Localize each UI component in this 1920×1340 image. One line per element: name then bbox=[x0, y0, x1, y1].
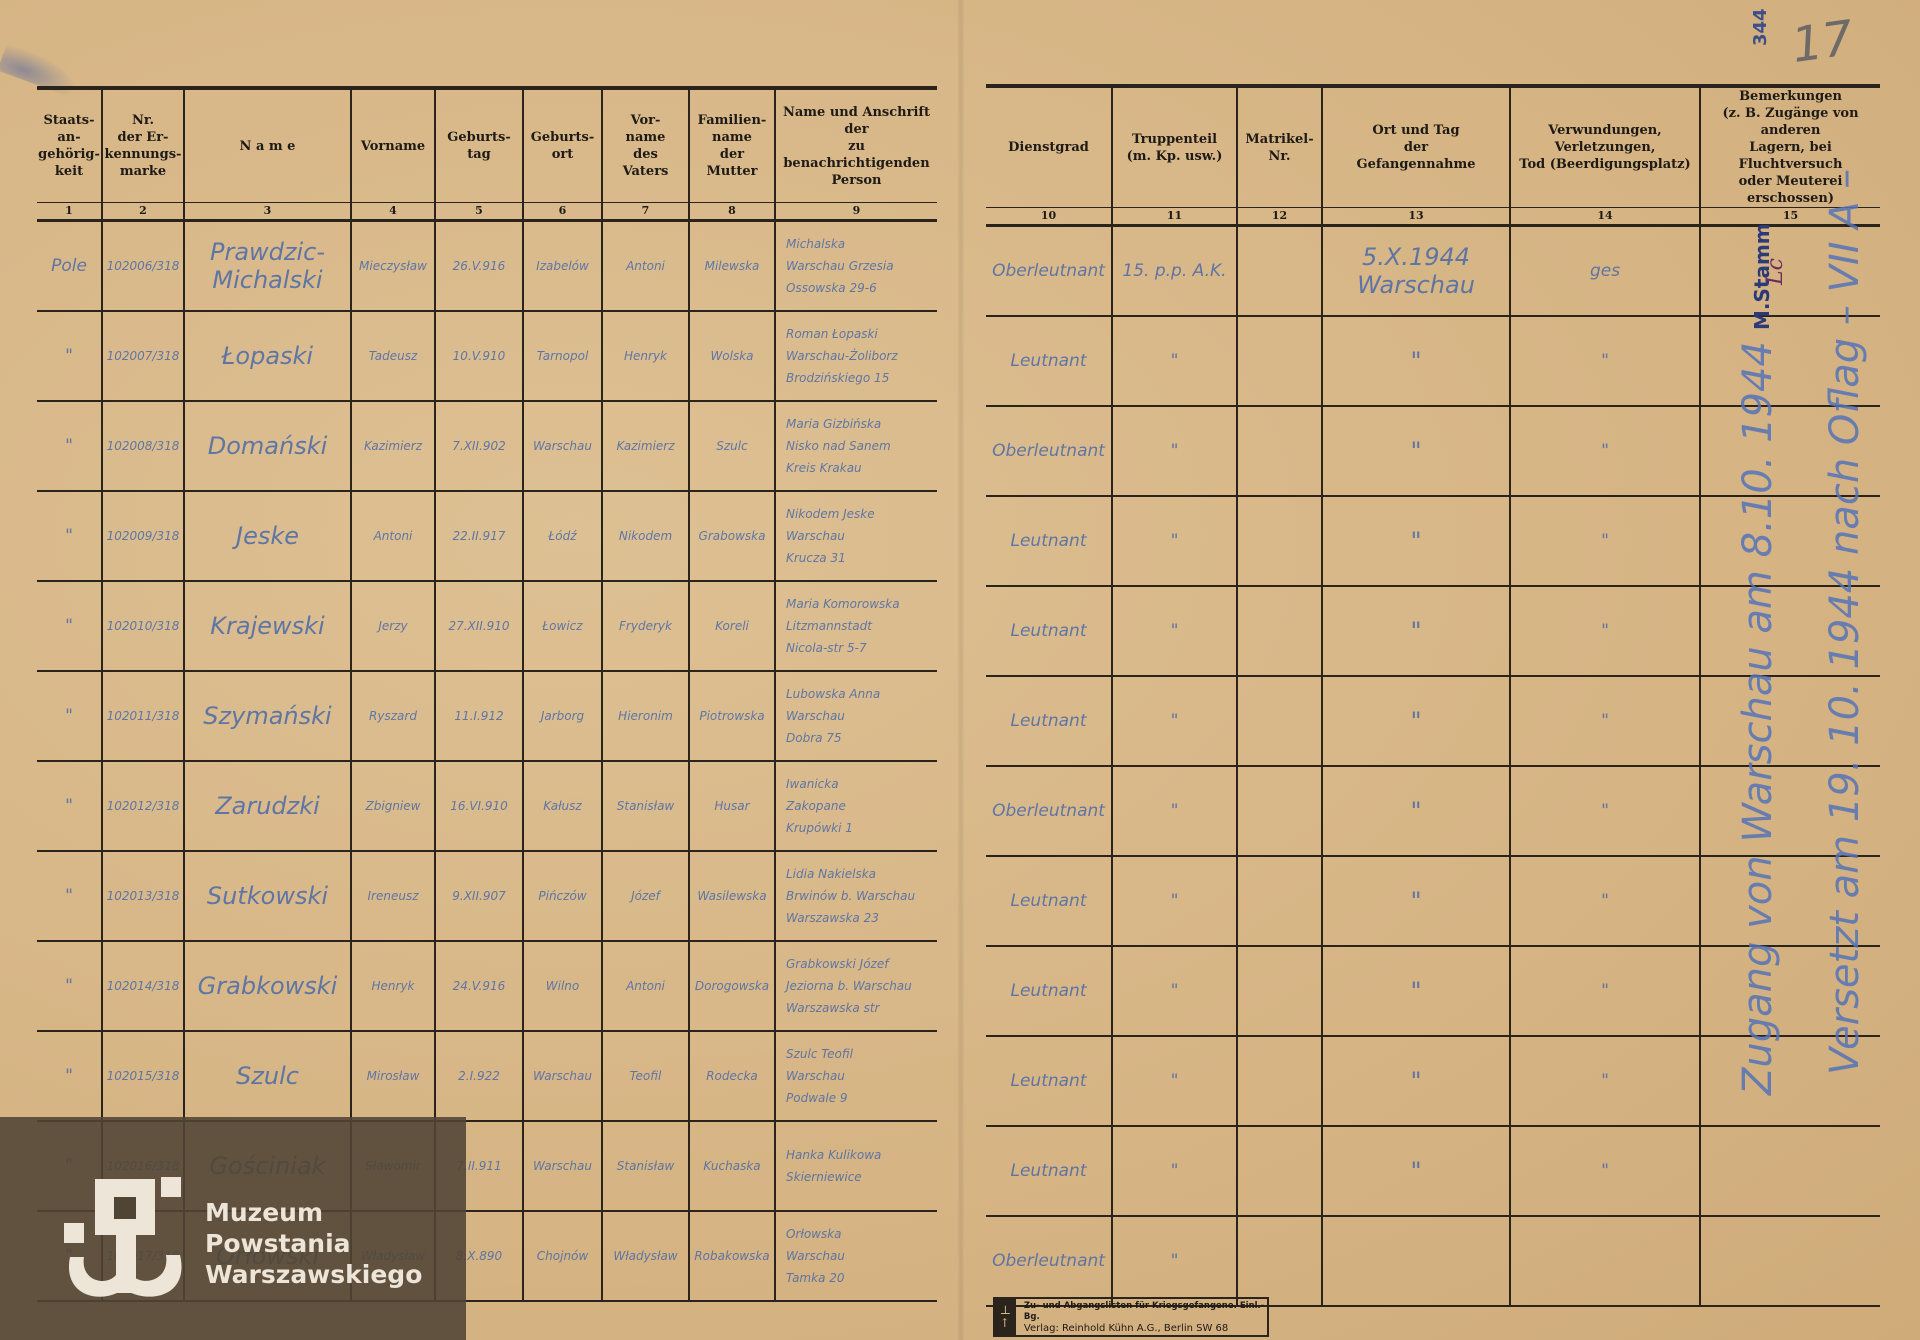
right-table-cell-rank: Oberleutnant bbox=[986, 1216, 1112, 1306]
left-table-cell-kontakt: Hanka Kulikowa Skierniewice bbox=[775, 1121, 937, 1211]
left-table-cell-name: Łopaski bbox=[184, 311, 351, 401]
museum-watermark: Muzeum Powstania Warszawskiego bbox=[0, 1117, 466, 1340]
right_table-header-col-4: Ort und Tag der Gefangennahme bbox=[1322, 86, 1510, 208]
remark-line-1: Zugang von Warschau am 8.10. 1944 bbox=[1735, 341, 1781, 1095]
right-table-cell-wounds: " bbox=[1510, 946, 1700, 1036]
left-table-cell-nation: Pole bbox=[37, 221, 102, 312]
left_table-header-col-4: Vorname bbox=[351, 88, 435, 203]
right-table-cell-matrikel bbox=[1237, 226, 1322, 317]
left-table-cell-vater: Antoni bbox=[602, 221, 689, 312]
left-table-cell-geb-ort: Kałusz bbox=[523, 761, 602, 851]
left-table-cell-vater: Teofil bbox=[602, 1031, 689, 1121]
left-table-cell-geb-ort: Jarborg bbox=[523, 671, 602, 761]
left-table-cell-name: Szulc bbox=[184, 1031, 351, 1121]
right-table-cell-wounds: " bbox=[1510, 1036, 1700, 1126]
right-table-cell-wounds: " bbox=[1510, 1126, 1700, 1216]
left-table-cell-nr: 102014/318 bbox=[102, 941, 184, 1031]
left-table-cell-geb-tag: 2.I.922 bbox=[435, 1031, 523, 1121]
right-table-cell-matrikel bbox=[1237, 1126, 1322, 1216]
table-row: Leutnant""" bbox=[986, 1126, 1880, 1216]
table-row: "102012/318ZarudzkiZbigniew16.VI.910Kału… bbox=[37, 761, 937, 851]
left_table-header-col-1: Staats- an- gehörig- keit bbox=[37, 88, 102, 203]
table-row: "102014/318GrabkowskiHenryk24.V.916Wilno… bbox=[37, 941, 937, 1031]
right-table-cell-capture: " bbox=[1322, 316, 1510, 406]
right_table-header-col-3: Matrikel- Nr. bbox=[1237, 86, 1322, 208]
left-table-cell-vater: Kazimierz bbox=[602, 401, 689, 491]
left-table-cell-mutter: Koreli bbox=[689, 581, 775, 671]
right-table-cell-unit: " bbox=[1112, 766, 1237, 856]
right-table-cell-capture: " bbox=[1322, 586, 1510, 676]
left-table-cell-vorname: Ryszard bbox=[351, 671, 435, 761]
right-table-cell-unit: " bbox=[1112, 1036, 1237, 1126]
right-table-cell-rank: Leutnant bbox=[986, 316, 1112, 406]
table-row: Oberleutnant15. p.p. A.K.5.X.1944 Warsch… bbox=[986, 226, 1880, 317]
left-table-cell-geb-ort: Łowicz bbox=[523, 581, 602, 671]
left-table-cell-vorname: Mirosław bbox=[351, 1031, 435, 1121]
left-table-cell-name: Zarudzki bbox=[184, 761, 351, 851]
left-table-cell-mutter: Kuchaska bbox=[689, 1121, 775, 1211]
left-table-cell-name: Szymański bbox=[184, 671, 351, 761]
right-table-cell-unit: " bbox=[1112, 316, 1237, 406]
table-row: "102011/318SzymańskiRyszard11.I.912Jarbo… bbox=[37, 671, 937, 761]
right_table-col-number-3: 12 bbox=[1237, 208, 1322, 226]
right-table-cell-matrikel bbox=[1237, 946, 1322, 1036]
table-row: Oberleutnant" bbox=[986, 1216, 1880, 1306]
right-table-cell-unit: " bbox=[1112, 676, 1237, 766]
left-table-cell-kontakt: Iwanicka Zakopane Krupówki 1 bbox=[775, 761, 937, 851]
left-table-cell-nr: 102009/318 bbox=[102, 491, 184, 581]
right-table-cell-unit: " bbox=[1112, 496, 1237, 586]
publisher-imprint: ⊥↑ Zu- und Abgangslisten für Kriegsgefan… bbox=[993, 1297, 1269, 1337]
left-table-cell-name: Sutkowski bbox=[184, 851, 351, 941]
left-table-cell-nation: " bbox=[37, 491, 102, 581]
left-table-cell-mutter: Husar bbox=[689, 761, 775, 851]
page-fold bbox=[958, 0, 964, 1340]
left-table-cell-mutter: Wasilewska bbox=[689, 851, 775, 941]
table-row: "102013/318SutkowskiIreneusz9.XII.907Piń… bbox=[37, 851, 937, 941]
left-table-cell-geb-ort: Wilno bbox=[523, 941, 602, 1031]
left_table-col-number-7: 7 bbox=[602, 203, 689, 221]
right-table-cell-wounds: " bbox=[1510, 316, 1700, 406]
right_table-col-number-2: 11 bbox=[1112, 208, 1237, 226]
table-row: "102009/318JeskeAntoni22.II.917ŁódźNikod… bbox=[37, 491, 937, 581]
left-table-cell-kontakt: Maria Komorowska Litzmannstadt Nicola-st… bbox=[775, 581, 937, 671]
stamp-number: 344 bbox=[1750, 8, 1771, 46]
right-table-cell-unit: 15. p.p. A.K. bbox=[1112, 226, 1237, 317]
left_table-col-number-4: 4 bbox=[351, 203, 435, 221]
left-table-cell-vorname: Ireneusz bbox=[351, 851, 435, 941]
right-table-cell-rank: Oberleutnant bbox=[986, 766, 1112, 856]
right-table-cell-wounds: " bbox=[1510, 676, 1700, 766]
left_table-col-number-9: 9 bbox=[775, 203, 937, 221]
left-table-cell-geb-ort: Warschau bbox=[523, 401, 602, 491]
left-table-cell-geb-ort: Tarnopol bbox=[523, 311, 602, 401]
right-table-cell-wounds: " bbox=[1510, 496, 1700, 586]
right-table-cell-unit: " bbox=[1112, 406, 1237, 496]
table-row: "102015/318SzulcMirosław2.I.922WarschauT… bbox=[37, 1031, 937, 1121]
right_table-col-number-1: 10 bbox=[986, 208, 1112, 226]
left-table-cell-nr: 102010/318 bbox=[102, 581, 184, 671]
left-table-cell-nation: " bbox=[37, 1031, 102, 1121]
table-row: "102010/318KrajewskiJerzy27.XII.910Łowic… bbox=[37, 581, 937, 671]
left-table-cell-geb-tag: 22.II.917 bbox=[435, 491, 523, 581]
right-table-cell-remarks bbox=[1700, 1216, 1880, 1306]
left-table-cell-kontakt: Maria Gizbińska Nisko nad Sanem Kreis Kr… bbox=[775, 401, 937, 491]
left-table-cell-geb-ort: Warschau bbox=[523, 1121, 602, 1211]
left_table-header-col-9: Name und Anschrift der zu benachrichtige… bbox=[775, 88, 937, 203]
right-table-cell-capture: " bbox=[1322, 406, 1510, 496]
right-table-cell-matrikel bbox=[1237, 676, 1322, 766]
left-table-cell-nation: " bbox=[37, 851, 102, 941]
right-table-cell-unit: " bbox=[1112, 1216, 1237, 1306]
left-table-cell-geb-tag: 24.V.916 bbox=[435, 941, 523, 1031]
right_table-header-col-1: Dienstgrad bbox=[986, 86, 1112, 208]
left-table-cell-vater: Henryk bbox=[602, 311, 689, 401]
left-table-cell-nation: " bbox=[37, 401, 102, 491]
right-table-cell-rank: Oberleutnant bbox=[986, 406, 1112, 496]
right-table-cell-capture: 5.X.1944 Warschau bbox=[1322, 226, 1510, 317]
right-table-cell-matrikel bbox=[1237, 586, 1322, 676]
left-table-cell-name: Domański bbox=[184, 401, 351, 491]
left_table-col-number-8: 8 bbox=[689, 203, 775, 221]
right-table-cell-wounds bbox=[1510, 1216, 1700, 1306]
right-table-cell-rank: Leutnant bbox=[986, 1036, 1112, 1126]
stamp-signature: Lc bbox=[1763, 258, 1788, 285]
left-table-cell-name: Jeske bbox=[184, 491, 351, 581]
table-row: "102007/318ŁopaskiTadeusz10.V.910Tarnopo… bbox=[37, 311, 937, 401]
right-table-cell-capture: " bbox=[1322, 946, 1510, 1036]
right_table-header-col-5: Verwundungen, Verletzungen, Tod (Beerdig… bbox=[1510, 86, 1700, 208]
right-table-cell-unit: " bbox=[1112, 586, 1237, 676]
right-table-cell-rank: Leutnant bbox=[986, 676, 1112, 766]
right-table-cell-unit: " bbox=[1112, 946, 1237, 1036]
right-table-cell-rank: Oberleutnant bbox=[986, 226, 1112, 317]
right-table-cell-matrikel bbox=[1237, 856, 1322, 946]
left_table-col-number-3: 3 bbox=[184, 203, 351, 221]
left-table-cell-nr: 102011/318 bbox=[102, 671, 184, 761]
right-table-cell-rank: Leutnant bbox=[986, 586, 1112, 676]
publisher-logo-icon: ⊥↑ bbox=[995, 1299, 1016, 1335]
left-table-cell-nation: " bbox=[37, 581, 102, 671]
imprint-line-1: Zu- und Abgangslisten für Kriegsgefangen… bbox=[1024, 1301, 1267, 1323]
left-table-cell-kontakt: Lidia Nakielska Brwinów b. Warschau Wars… bbox=[775, 851, 937, 941]
right-table-cell-capture: " bbox=[1322, 496, 1510, 586]
left_table-col-number-2: 2 bbox=[102, 203, 184, 221]
right-table-cell-matrikel bbox=[1237, 766, 1322, 856]
left_table-header-col-2: Nr. der Er- kennungs- marke bbox=[102, 88, 184, 203]
right-table-cell-matrikel bbox=[1237, 1216, 1322, 1306]
right-table-cell-remarks bbox=[1700, 1126, 1880, 1216]
left-table-cell-vater: Stanisław bbox=[602, 1121, 689, 1211]
page-number: 17 bbox=[1788, 10, 1856, 74]
left-table-cell-vorname: Kazimierz bbox=[351, 401, 435, 491]
right-table-cell-matrikel bbox=[1237, 406, 1322, 496]
right-table-cell-unit: " bbox=[1112, 1126, 1237, 1216]
left-table-cell-geb-ort: Izabelów bbox=[523, 221, 602, 312]
right-table-cell-matrikel bbox=[1237, 496, 1322, 586]
left-table-cell-vorname: Henryk bbox=[351, 941, 435, 1031]
left-table-cell-mutter: Robakowska bbox=[689, 1211, 775, 1301]
left-table-cell-geb-ort: Chojnów bbox=[523, 1211, 602, 1301]
left-table-cell-name: Krajewski bbox=[184, 581, 351, 671]
left-table-cell-name: Grabkowski bbox=[184, 941, 351, 1031]
right-table-cell-capture: " bbox=[1322, 1126, 1510, 1216]
left-table-cell-geb-ort: Łódź bbox=[523, 491, 602, 581]
museum-name-line-3: Warszawskiego bbox=[205, 1259, 422, 1290]
kotwica-anchor-logo-icon bbox=[62, 1177, 192, 1307]
left_table-header-col-6: Geburts- ort bbox=[523, 88, 602, 203]
left-table-cell-mutter: Piotrowska bbox=[689, 671, 775, 761]
left_table-header-col-3: N a m e bbox=[184, 88, 351, 203]
right-table-cell-wounds: " bbox=[1510, 856, 1700, 946]
right-table-cell-matrikel bbox=[1237, 1036, 1322, 1126]
right_table-col-number-5: 14 bbox=[1510, 208, 1700, 226]
left-table-cell-nr: 102008/318 bbox=[102, 401, 184, 491]
right-table-cell-capture bbox=[1322, 1216, 1510, 1306]
left-table-cell-vater: Stanisław bbox=[602, 761, 689, 851]
left-table-cell-nation: " bbox=[37, 941, 102, 1031]
left-table-cell-nation: " bbox=[37, 311, 102, 401]
left-table-cell-kontakt: Roman Łopaski Warschau-Żoliborz Brodzińs… bbox=[775, 311, 937, 401]
left-table-cell-nr: 102006/318 bbox=[102, 221, 184, 312]
left-table-cell-name: Prawdzic-Michalski bbox=[184, 221, 351, 312]
right_table-col-number-4: 13 bbox=[1322, 208, 1510, 226]
left-table-cell-geb-tag: 7.XII.902 bbox=[435, 401, 523, 491]
left-table-cell-kontakt: Orłowska Warschau Tamka 20 bbox=[775, 1211, 937, 1301]
left-table-cell-vorname: Tadeusz bbox=[351, 311, 435, 401]
left-table-cell-geb-tag: 27.XII.910 bbox=[435, 581, 523, 671]
right-table-cell-capture: " bbox=[1322, 1036, 1510, 1126]
museum-name-line-1: Muzeum bbox=[205, 1197, 422, 1228]
left-table-cell-geb-tag: 26.V.916 bbox=[435, 221, 523, 312]
left-table-cell-mutter: Grabowska bbox=[689, 491, 775, 581]
left-table-cell-vater: Władysław bbox=[602, 1211, 689, 1301]
imprint-line-2: Verlag: Reinhold Kühn A.G., Berlin SW 68 bbox=[1024, 1323, 1267, 1334]
left_table-header-col-7: Vor- name des Vaters bbox=[602, 88, 689, 203]
right-table-cell-wounds: " bbox=[1510, 406, 1700, 496]
left-table-cell-nr: 102012/318 bbox=[102, 761, 184, 851]
right-table-cell-unit: " bbox=[1112, 856, 1237, 946]
left-table-cell-vorname: Antoni bbox=[351, 491, 435, 581]
right-table-cell-rank: Leutnant bbox=[986, 496, 1112, 586]
left-table-cell-geb-tag: 10.V.910 bbox=[435, 311, 523, 401]
table-row: "102008/318DomańskiKazimierz7.XII.902War… bbox=[37, 401, 937, 491]
right-table-cell-wounds: ges bbox=[1510, 226, 1700, 317]
left-table-cell-vorname: Jerzy bbox=[351, 581, 435, 671]
left-table-cell-geb-ort: Pińczów bbox=[523, 851, 602, 941]
left-table-cell-kontakt: Szulc Teofil Warschau Podwale 9 bbox=[775, 1031, 937, 1121]
right-table-cell-rank: Leutnant bbox=[986, 856, 1112, 946]
left-table-cell-vorname: Mieczysław bbox=[351, 221, 435, 312]
remark-line-2: Versetzt am 19. 10. 1944 nach Oflag – VI… bbox=[1822, 169, 1868, 1075]
left-table-cell-nr: 102013/318 bbox=[102, 851, 184, 941]
left-table-cell-mutter: Szulc bbox=[689, 401, 775, 491]
left-table-cell-kontakt: Grabkowski Józef Jeziorna b. Warschau Wa… bbox=[775, 941, 937, 1031]
left-table-cell-geb-ort: Warschau bbox=[523, 1031, 602, 1121]
left-table-cell-nation: " bbox=[37, 761, 102, 851]
right-table-cell-matrikel bbox=[1237, 316, 1322, 406]
right-table-cell-wounds: " bbox=[1510, 586, 1700, 676]
right-table-cell-rank: Leutnant bbox=[986, 1126, 1112, 1216]
left-table-cell-mutter: Rodecka bbox=[689, 1031, 775, 1121]
left_table-col-number-1: 1 bbox=[37, 203, 102, 221]
right-table-cell-wounds: " bbox=[1510, 766, 1700, 856]
left-table-cell-vater: Józef bbox=[602, 851, 689, 941]
left-table-cell-nation: " bbox=[37, 671, 102, 761]
left-table-cell-vater: Nikodem bbox=[602, 491, 689, 581]
left-table-cell-geb-tag: 16.VI.910 bbox=[435, 761, 523, 851]
left-table-cell-nr: 102007/318 bbox=[102, 311, 184, 401]
left-table-cell-vorname: Zbigniew bbox=[351, 761, 435, 851]
left-table-cell-vater: Fryderyk bbox=[602, 581, 689, 671]
right-table-cell-rank: Leutnant bbox=[986, 946, 1112, 1036]
left-table-cell-mutter: Wolska bbox=[689, 311, 775, 401]
left-table-cell-vater: Hieronim bbox=[602, 671, 689, 761]
left_table-header-col-5: Geburts- tag bbox=[435, 88, 523, 203]
left-table-cell-mutter: Dorogowska bbox=[689, 941, 775, 1031]
left-table-cell-mutter: Milewska bbox=[689, 221, 775, 312]
table-row: Pole102006/318Prawdzic-MichalskiMieczysł… bbox=[37, 221, 937, 312]
left-table-cell-nr: 102015/318 bbox=[102, 1031, 184, 1121]
right-table-cell-capture: " bbox=[1322, 856, 1510, 946]
left_table-header-col-8: Familien- name der Mutter bbox=[689, 88, 775, 203]
left_table-col-number-6: 6 bbox=[523, 203, 602, 221]
left_table-col-number-5: 5 bbox=[435, 203, 523, 221]
left-table-cell-vater: Antoni bbox=[602, 941, 689, 1031]
left-table-cell-kontakt: Michalska Warschau Grzesia Ossowska 29-6 bbox=[775, 221, 937, 312]
right-table-cell-capture: " bbox=[1322, 766, 1510, 856]
right_table-header-col-2: Truppenteil (m. Kp. usw.) bbox=[1112, 86, 1237, 208]
left-table-cell-kontakt: Lubowska Anna Warschau Dobra 75 bbox=[775, 671, 937, 761]
left-table-cell-kontakt: Nikodem Jeske Warschau Krucza 31 bbox=[775, 491, 937, 581]
left-table-cell-geb-tag: 11.I.912 bbox=[435, 671, 523, 761]
left-table-cell-geb-tag: 9.XII.907 bbox=[435, 851, 523, 941]
right-table-cell-capture: " bbox=[1322, 676, 1510, 766]
museum-name-line-2: Powstania bbox=[205, 1228, 422, 1259]
